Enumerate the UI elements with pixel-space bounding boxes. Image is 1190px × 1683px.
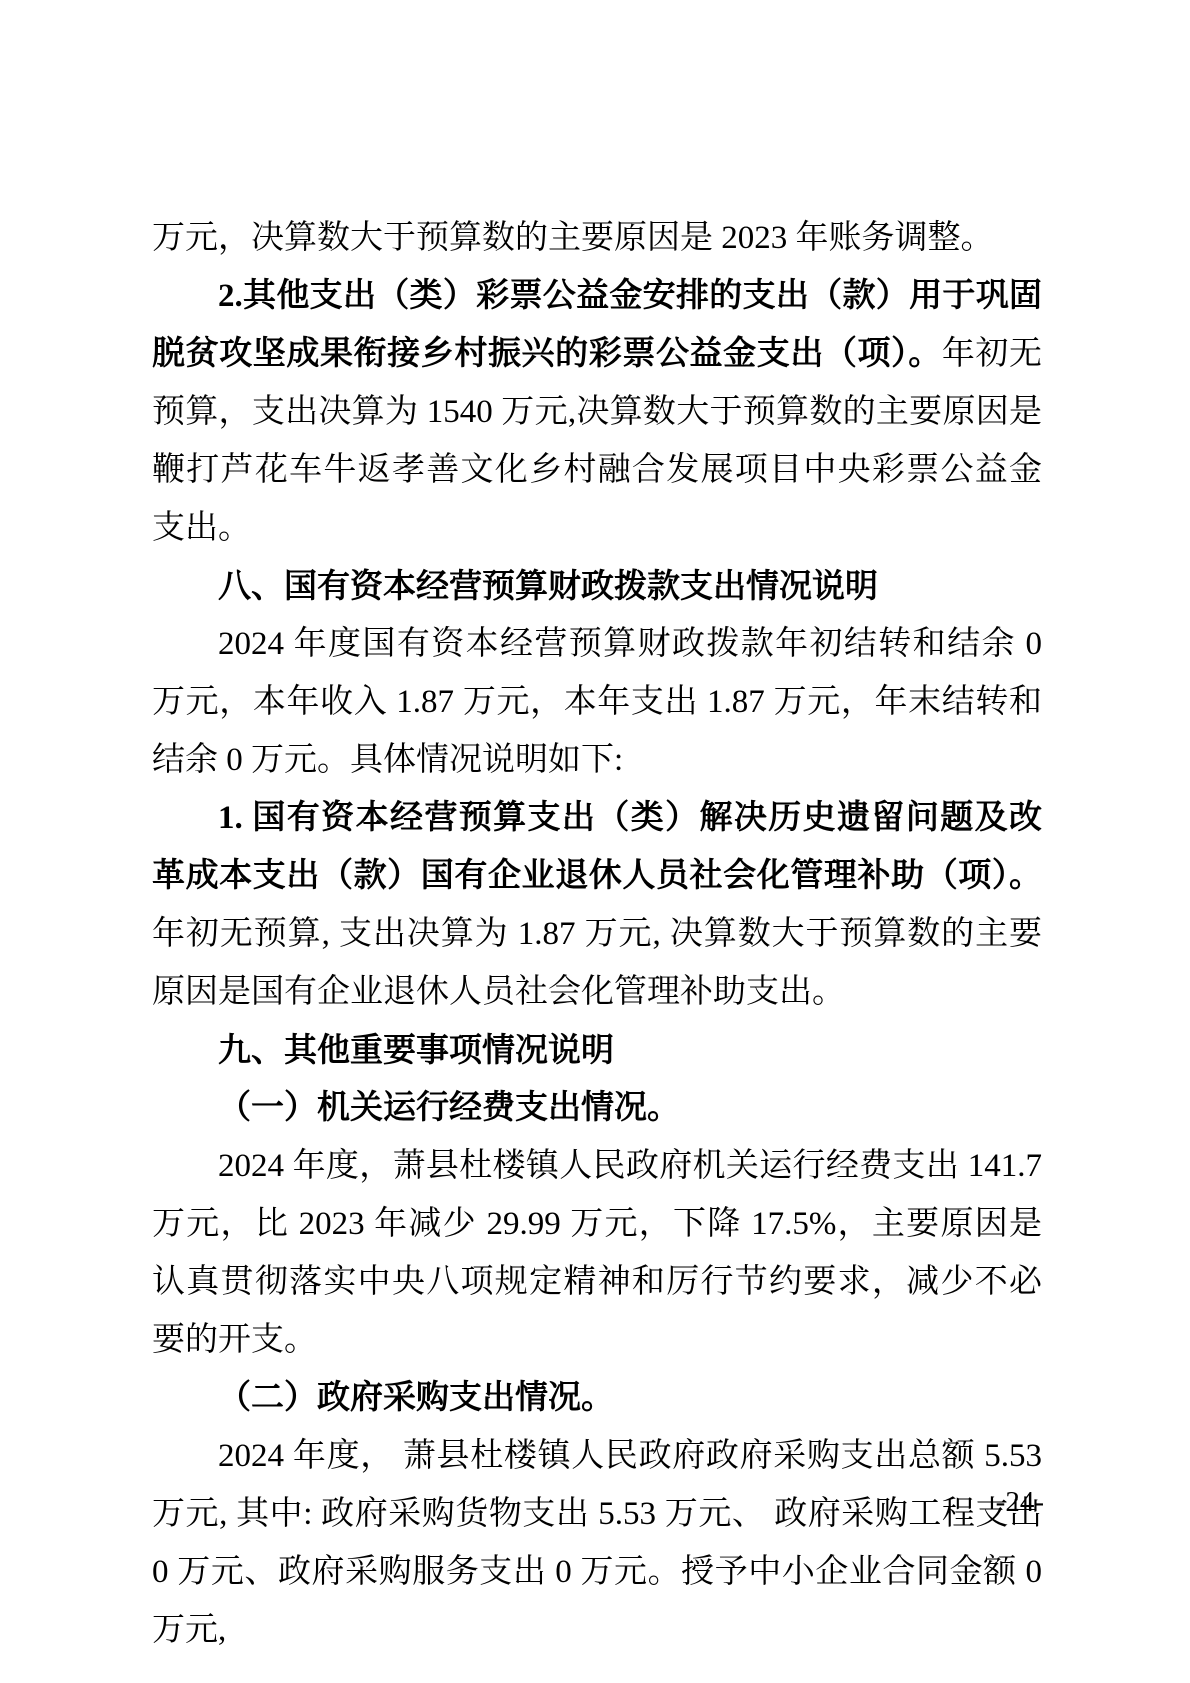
paragraph-continuation: 万元，决算数大于预算数的主要原因是 2023 年账务调整。 bbox=[152, 209, 1042, 267]
bold-run: 1. 国有资本经营预算支出（类）解决历史遗留问题及改革成本支出（款）国有企业退休… bbox=[152, 800, 1042, 894]
text-run: 年初无预算, 支出决算为 1.87 万元, 决算数大于预算数的主要原因是国有企业… bbox=[152, 916, 1042, 1010]
paragraph-lottery-expenditure: 2.其他支出（类）彩票公益金安排的支出（款）用于巩固脱贫攻坚成果衔接乡村振兴的彩… bbox=[152, 267, 1042, 557]
text-run: 2024 年度， 萧县杜楼镇人民政府政府采购支出总额 5.53 万元, 其中: … bbox=[152, 1438, 1042, 1648]
bold-run: 2.其他支出（类）彩票公益金安排的支出（款）用于巩固脱贫攻坚成果衔接乡村振兴的彩… bbox=[152, 278, 1042, 372]
paragraph-operating-expenses: 2024 年度，萧县杜楼镇人民政府机关运行经费支出 141.7 万元，比 202… bbox=[152, 1137, 1042, 1369]
section-heading-8: 八、国有资本经营预算财政拨款支出情况说明 bbox=[152, 557, 1042, 615]
document-body: 万元，决算数大于预算数的主要原因是 2023 年账务调整。 2.其他支出（类）彩… bbox=[152, 209, 1042, 1659]
text-run: 2024 年度，萧县杜楼镇人民政府机关运行经费支出 141.7 万元，比 202… bbox=[152, 1148, 1042, 1358]
subheading-procurement: （二）政府采购支出情况。 bbox=[152, 1369, 1042, 1427]
text-run: 2024 年度国有资本经营预算财政拨款年初结转和结余 0 万元，本年收入 1.8… bbox=[152, 626, 1042, 778]
section-heading-9: 九、其他重要事项情况说明 bbox=[152, 1021, 1042, 1079]
paragraph-state-capital-item: 1. 国有资本经营预算支出（类）解决历史遗留问题及改革成本支出（款）国有企业退休… bbox=[152, 789, 1042, 1021]
document-page: 万元，决算数大于预算数的主要原因是 2023 年账务调整。 2.其他支出（类）彩… bbox=[0, 0, 1190, 1683]
paragraph-procurement: 2024 年度， 萧县杜楼镇人民政府政府采购支出总额 5.53 万元, 其中: … bbox=[152, 1427, 1042, 1659]
subheading-operating-expenses: （一）机关运行经费支出情况。 bbox=[152, 1079, 1042, 1137]
page-number: -24- bbox=[996, 1482, 1044, 1522]
text-run: 万元，决算数大于预算数的主要原因是 2023 年账务调整。 bbox=[152, 220, 994, 256]
paragraph-state-capital-summary: 2024 年度国有资本经营预算财政拨款年初结转和结余 0 万元，本年收入 1.8… bbox=[152, 615, 1042, 789]
